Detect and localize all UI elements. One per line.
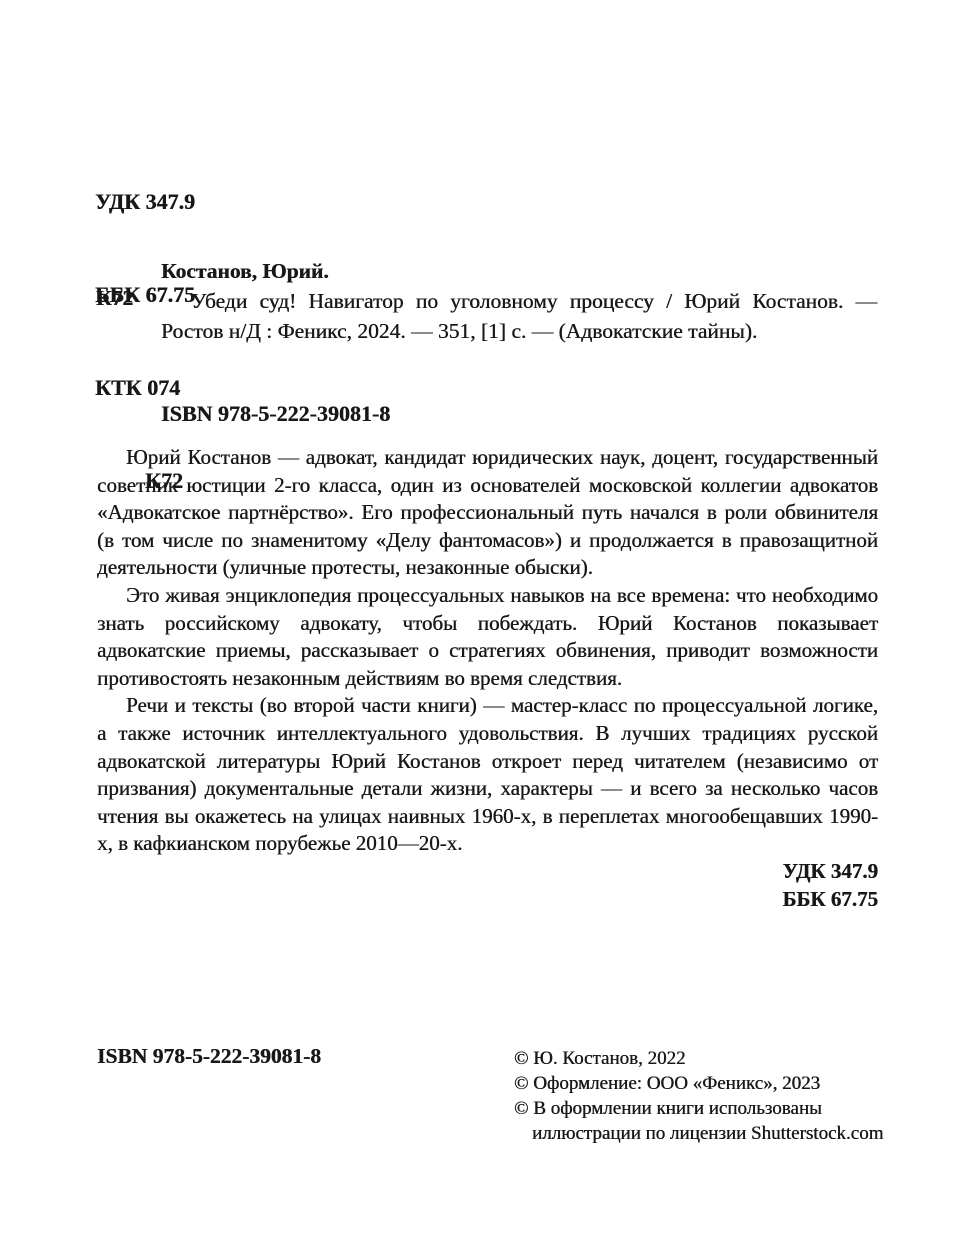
ktk-code: КТК 074	[95, 372, 195, 403]
annotation-paragraph-3: Речи и тексты (во второй части книги) — …	[97, 692, 878, 858]
copyright-illustrations: © В оформлении книги использованы	[514, 1096, 884, 1121]
udk-code: УДК 347.9	[95, 186, 195, 217]
book-imprint-page: УДК 347.9 ББК 67.75 КТК 074 К72 К72 Кост…	[0, 0, 974, 1240]
catalog-card: Костанов, Юрий. Убеди суд! Навигатор по …	[161, 256, 877, 346]
classification-footer: УДК 347.9 ББК 67.75	[97, 858, 878, 913]
catalog-card-sign: К72	[96, 286, 133, 311]
isbn-number-bottom: ISBN 978-5-222-39081-8	[97, 1044, 321, 1069]
bibliographic-description: Убеди суд! Навигатор по уголовному проце…	[161, 286, 877, 346]
author-heading: Костанов, Юрий.	[161, 256, 877, 286]
copyright-illustrations-continued: иллюстрации по лицензии Shutterstock.com	[514, 1121, 884, 1146]
annotation: Юрий Костанов — адвокат, кандидат юридич…	[97, 444, 878, 913]
copyright-author: © Ю. Костанов, 2022	[514, 1046, 884, 1071]
annotation-paragraph-2: Это живая энциклопедия процессуальных на…	[97, 582, 878, 692]
copyright-block: © Ю. Костанов, 2022 © Оформление: ООО «Ф…	[514, 1046, 884, 1146]
annotation-paragraph-1: Юрий Костанов — адвокат, кандидат юридич…	[97, 444, 878, 582]
isbn-number: ISBN 978-5-222-39081-8	[161, 401, 390, 427]
copyright-design: © Оформление: ООО «Феникс», 2023	[514, 1071, 884, 1096]
